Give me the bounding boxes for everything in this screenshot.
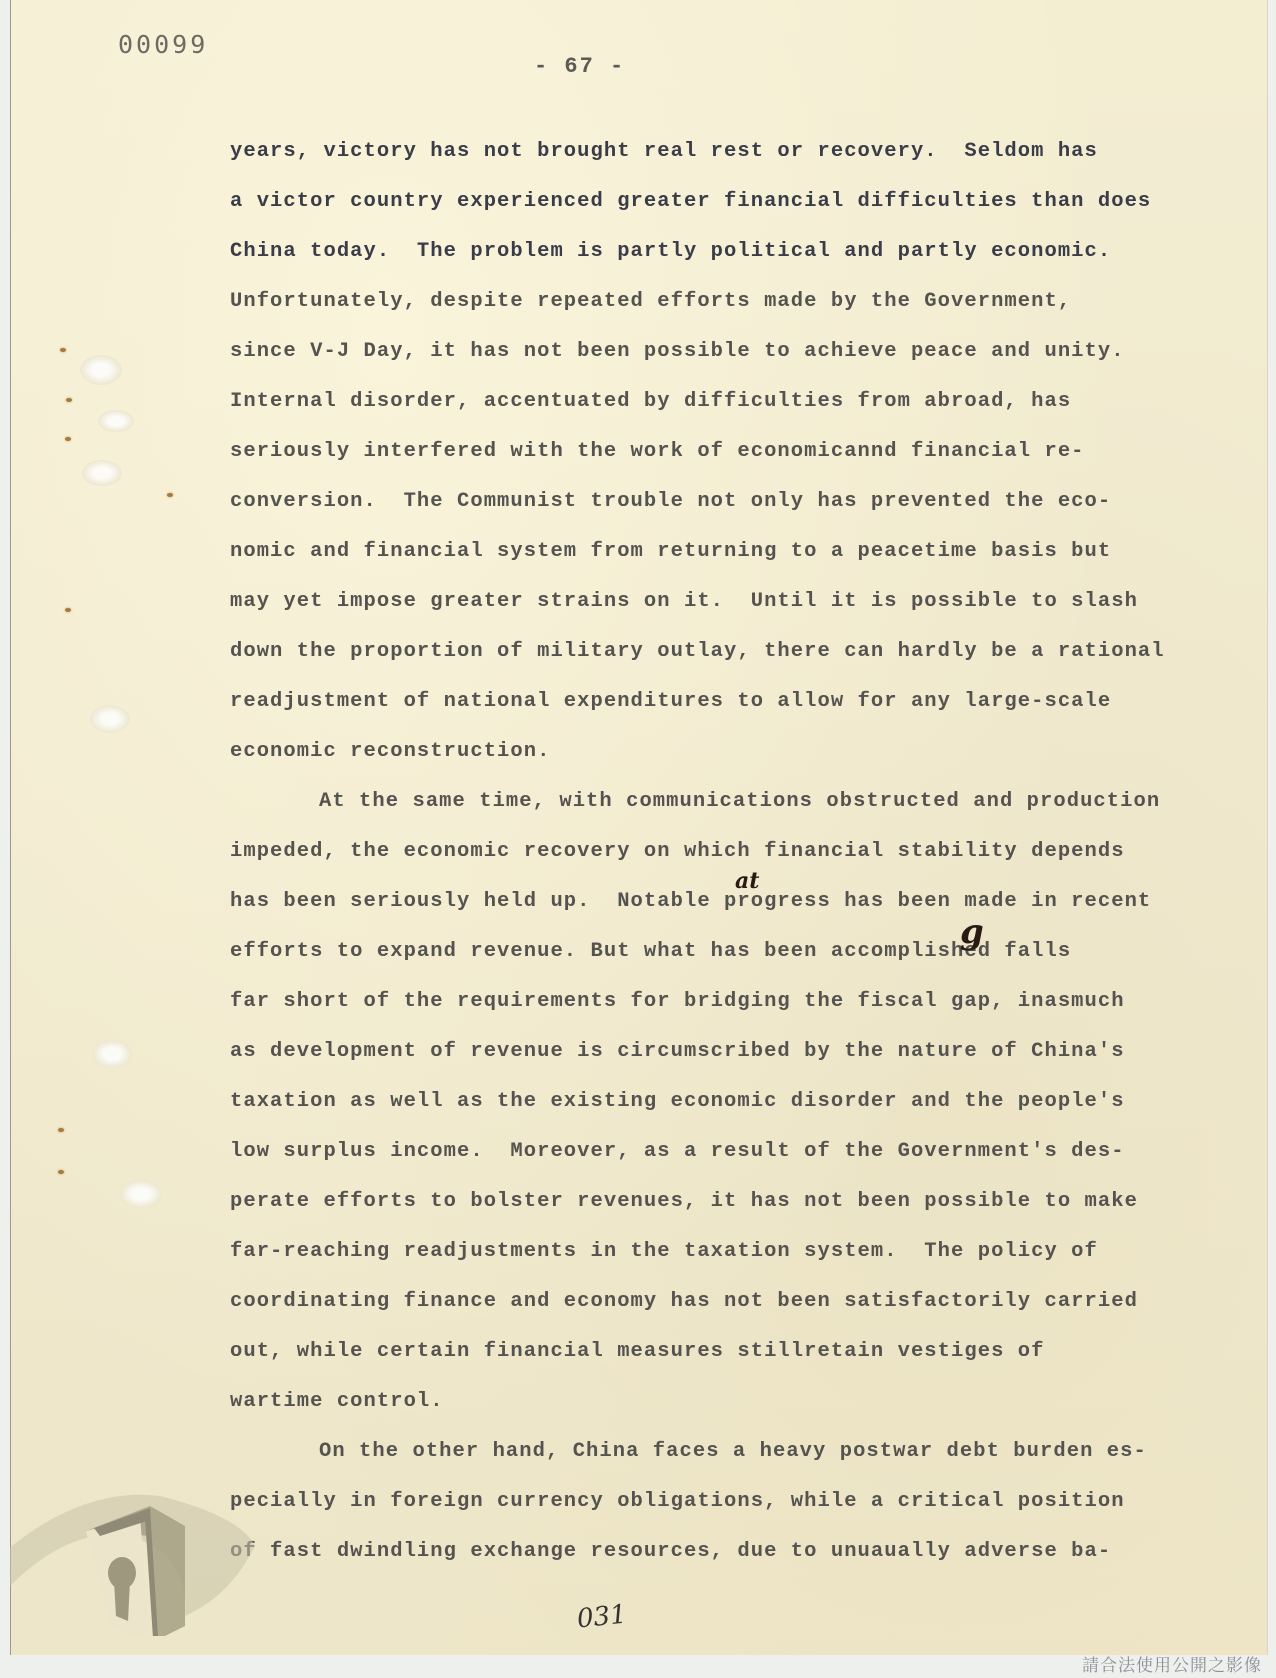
text-line: On the other hand, China faces a heavy p… [230,1427,1270,1477]
text-line: down the proportion of military outlay, … [230,627,1270,677]
document-page: 00099 - 67 - years, victory has not brou… [10,0,1268,1655]
serial-number: 00099 [118,30,208,59]
text-line: coordinating finance and economy has not… [230,1277,1270,1327]
text-line: efforts to expand revenue. But what has … [230,927,1270,977]
staple-mark [58,1128,64,1132]
handwritten-correction: g [960,912,984,952]
text-line: pecially in foreign currency obligations… [230,1477,1270,1527]
staple-mark [65,437,71,441]
staple-mark [60,348,66,352]
staple-mark [65,608,71,612]
text-line: perate efforts to bolster revenues, it h… [230,1177,1270,1227]
text-line: may yet impose greater strains on it. Un… [230,577,1270,627]
text-line: Internal disorder, accentuated by diffic… [230,377,1270,427]
binding-hole [120,1180,162,1208]
text-line: At the same time, with communications ob… [230,777,1270,827]
text-line: readjustment of national expenditures to… [230,677,1270,727]
text-line: a victor country experienced greater fin… [230,177,1270,227]
text-line: out, while certain financial measures st… [230,1327,1270,1377]
binding-hole [80,355,122,385]
handwritten-correction: at [735,868,759,894]
text-line: seriously interfered with the work of ec… [230,427,1270,477]
typed-body: years, victory has not brought real rest… [230,127,1270,1577]
binding-hole [98,410,134,432]
text-line: low surplus income. Moreover, as a resul… [230,1127,1270,1177]
folio-number: 031 [576,1599,629,1634]
staple-mark [167,493,173,497]
page-number: - 67 - [534,54,625,79]
binding-hole [90,705,130,733]
text-line: wartime control. [230,1377,1270,1427]
text-line: years, victory has not brought real rest… [230,127,1270,177]
text-line: conversion. The Communist trouble not on… [230,477,1270,527]
text-line: since V-J Day, it has not been possible … [230,327,1270,377]
text-line: economic reconstruction. [230,727,1270,777]
binding-hole [82,460,122,486]
text-line: China today. The problem is partly polit… [230,227,1270,277]
binding-hole [92,1040,132,1068]
text-line: far-reaching readjustments in the taxati… [230,1227,1270,1277]
text-line: nomic and financial system from returnin… [230,527,1270,577]
text-line: far short of the requirements for bridgi… [230,977,1270,1027]
text-line: Unfortunately, despite repeated efforts … [230,277,1270,327]
archive-logo-icon [10,1476,270,1636]
text-line: taxation as well as the existing economi… [230,1077,1270,1127]
staple-mark [58,1170,64,1174]
staple-mark [66,398,72,402]
text-line: as development of revenue is circumscrib… [230,1027,1270,1077]
text-line: of fast dwindling exchange resources, du… [230,1527,1270,1577]
usage-notice: 請合法使用公開之影像 [1082,1651,1262,1676]
